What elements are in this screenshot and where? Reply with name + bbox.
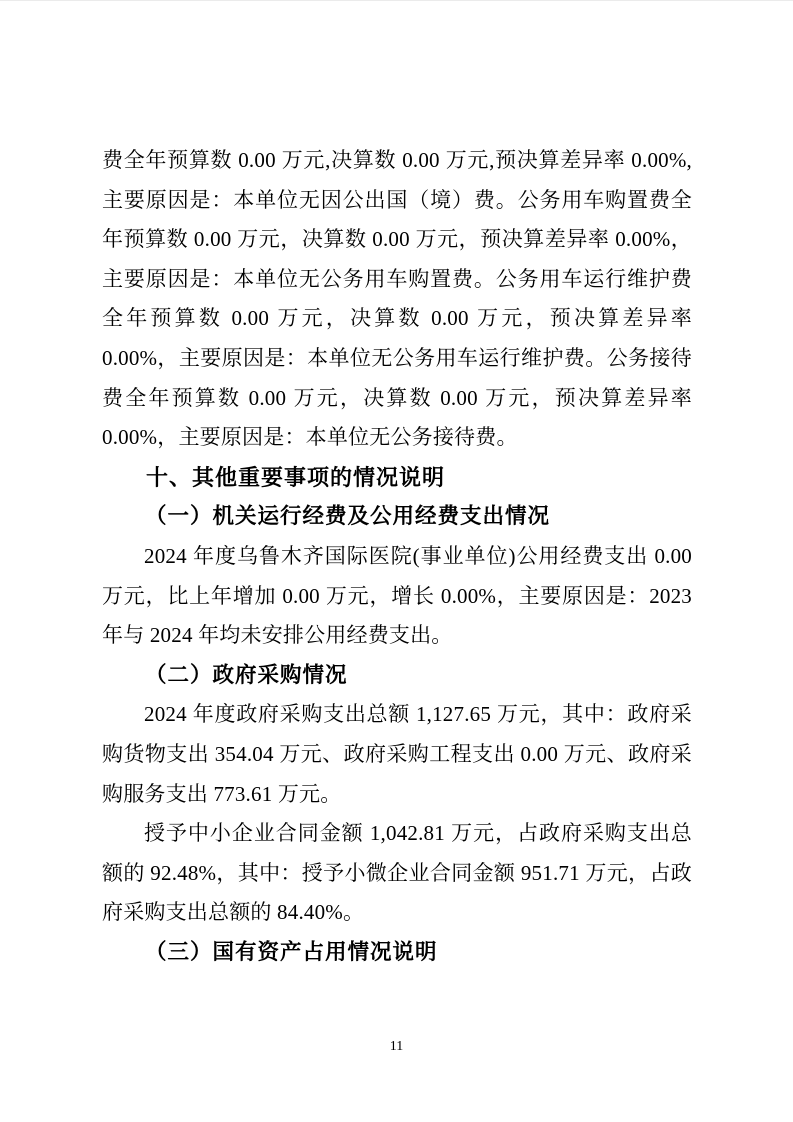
- paragraph-procurement-sme-contracts: 授予中小企业合同金额 1,042.81 万元，占政府采购支出总额的 92.48%…: [102, 814, 692, 933]
- paragraph-procurement-totals: 2024 年度政府采购支出总额 1,127.65 万元，其中：政府采购货物支出 …: [102, 695, 692, 814]
- heading-section-ten-other-important-matters: 十、其他重要事项的情况说明: [102, 458, 692, 498]
- paragraph-budget-expense-continuation: 费全年预算数 0.00 万元,决算数 0.00 万元,预决算差异率 0.00%,…: [102, 141, 692, 458]
- paragraph-public-funds-expense: 2024 年度乌鲁木齐国际医院(事业单位)公用经费支出 0.00 万元，比上年增…: [102, 537, 692, 656]
- heading-sub1-operating-funds: （一）机关运行经费及公用经费支出情况: [102, 497, 692, 537]
- document-page: 费全年预算数 0.00 万元,决算数 0.00 万元,预决算差异率 0.00%,…: [0, 0, 793, 1122]
- heading-sub2-government-procurement: （二）政府采购情况: [102, 656, 692, 696]
- page-number: 11: [0, 1039, 793, 1055]
- document-body: 费全年预算数 0.00 万元,决算数 0.00 万元,预决算差异率 0.00%,…: [102, 141, 692, 972]
- heading-sub3-state-owned-assets: （三）国有资产占用情况说明: [102, 933, 692, 973]
